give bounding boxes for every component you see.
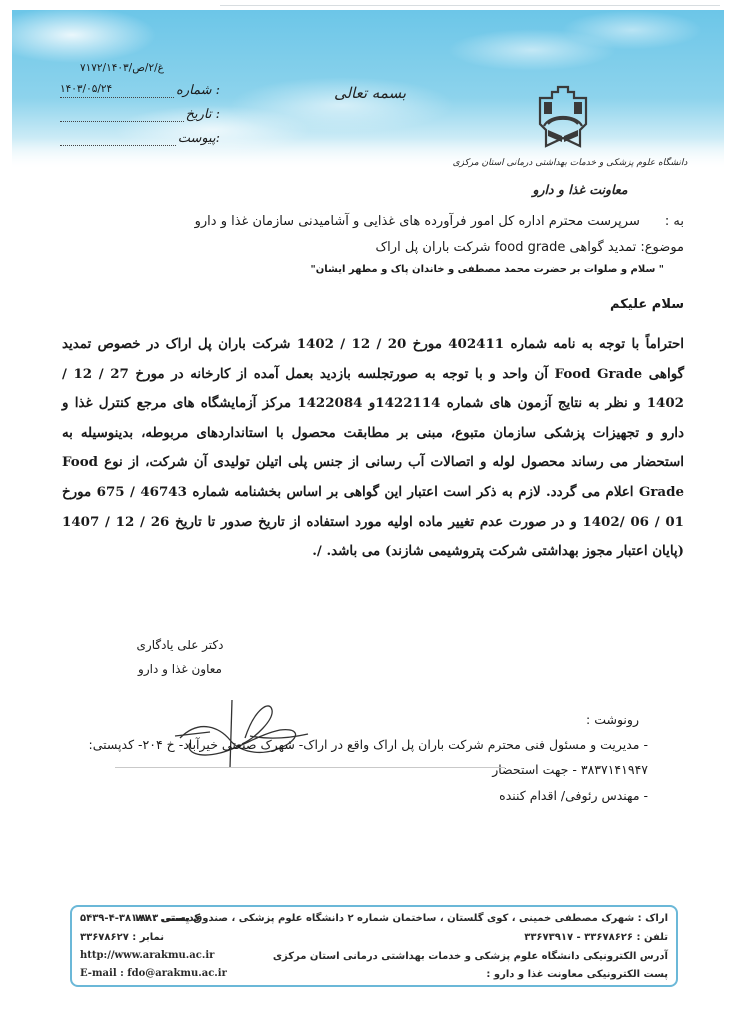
cc-heading: رونوشت :: [0, 712, 639, 727]
letter-body: احتراماً با توجه به نامه شماره 402411 مو…: [62, 330, 684, 567]
footer-phone: تلفن : ۳۳۶۷۸۶۲۶ - ۳۳۶۷۳۹۱۷: [524, 932, 668, 943]
cc-item: - مدیریت و مسئول فنی محترم شرکت باران پل…: [0, 737, 648, 752]
letter-date-value: ۱۴۰۳/۰۵/۲۴: [60, 83, 112, 95]
recipient-value: سرپرست محترم اداره کل امور فرآورده های غ…: [195, 214, 640, 229]
cc-item: ۳۸۳۷۱۴۱۹۴۷ - جهت استحضار: [0, 762, 648, 777]
divider-line: [115, 767, 505, 768]
letter-meta-block: شماره : ۱۴۰۳/۰۵/۲۴ تاریخ : پیوست:: [60, 74, 220, 146]
signer-title: معاون غذا و دارو: [120, 657, 240, 681]
letter-number-value: غ/۲/ص/۷۱۷۲/۱۴۰۳: [80, 62, 164, 74]
number-dotted-line: ۱۴۰۳/۰۵/۲۴: [60, 85, 174, 98]
attachment-dotted-line: [60, 133, 176, 146]
greeting: سلام علیکم: [610, 297, 684, 312]
signer-block: دکتر علی یادگاری معاون غذا و دارو: [120, 633, 240, 681]
cc-item: - مهندس رئوفی/ اقدام کننده: [0, 788, 648, 803]
subject-line: موضوع: تمدید گواهی food grade شرکت باران…: [144, 240, 684, 255]
university-logo-icon: [528, 84, 598, 154]
attachment-label: پیوست:: [178, 131, 220, 146]
signer-name: دکتر علی یادگاری: [120, 633, 240, 657]
salawat-line: " سلام و صلوات بر حضرت محمد مصطفی و خاند…: [124, 264, 664, 275]
footer-contact-box: اراک : شهرک مصطفی خمینی ، کوی گلستان ، س…: [70, 905, 678, 987]
deputy-name: معاونت غذا و دارو: [520, 182, 640, 197]
footer-email-label: پست الکترونیکی معاونت غذا و دارو :: [486, 969, 668, 980]
footer-fax: نمابر : ۳۳۶۷۸۶۲۷: [80, 932, 200, 943]
date-dotted-line: [60, 109, 184, 122]
recipient-line: به : سرپرست محترم اداره کل امور فرآورده …: [144, 214, 684, 229]
footer-email-link[interactable]: E-mail : fdo@arakmu.ac.ir: [80, 968, 227, 979]
university-name: دانشگاه علوم پزشکی و خدمات بهداشتی درمان…: [445, 158, 695, 168]
number-label: شماره :: [176, 83, 220, 98]
date-label: تاریخ :: [186, 107, 220, 122]
attachment-row: پیوست:: [60, 122, 220, 146]
basmala: بسمه تعالی: [330, 84, 410, 102]
date-row: تاریخ :: [60, 98, 220, 122]
footer-website-link[interactable]: http://www.arakmu.ac.ir: [80, 950, 214, 961]
footer-web-label: آدرس الکترونیکی دانشگاه علوم پزشکی و خدم…: [273, 951, 668, 962]
footer-postal-code: کدپستی : ۳۸۱۸۱-۴-۵۴۳۹: [80, 913, 250, 924]
recipient-label: به :: [644, 214, 684, 229]
subject-value: تمدید گواهی food grade شرکت باران پل ارا…: [376, 240, 637, 255]
subject-label: موضوع:: [640, 240, 684, 255]
top-edge-line: [220, 5, 720, 6]
handwritten-signature-icon: [170, 698, 310, 770]
number-row: شماره : ۱۴۰۳/۰۵/۲۴: [60, 74, 220, 98]
